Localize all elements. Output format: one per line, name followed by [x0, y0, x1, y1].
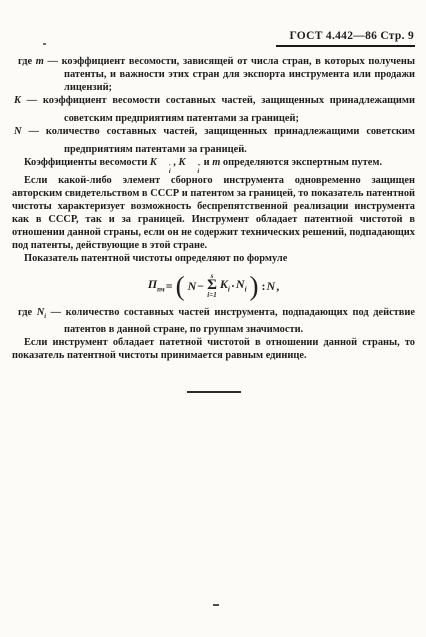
variable-k-dprime: K: [178, 157, 185, 168]
equals-sign: =: [166, 280, 173, 292]
definition-text: коэффициент весомости составных частей, …: [43, 95, 415, 124]
multiply-dot: ·: [231, 280, 235, 292]
variable-k-prime-scripts: ′i: [157, 164, 171, 174]
pi-subscript: пч: [157, 286, 165, 294]
text-run: и: [201, 157, 212, 168]
paragraph-ni-definition: где Ni — количество составных частей инс…: [12, 306, 415, 336]
section-divider: [187, 391, 241, 393]
definition-text: количество составных частей, защищенных …: [46, 126, 415, 155]
definition-text: количество составных частей инструмента,…: [64, 307, 415, 335]
division-colon: :: [262, 280, 266, 292]
formula-comma: ,: [276, 280, 279, 292]
definition-dash: —: [44, 56, 62, 67]
close-paren: ): [250, 273, 259, 300]
variable-k-sub: i: [228, 286, 230, 294]
body-text: где m — коэффициент весомости, зависящей…: [12, 55, 415, 393]
page-content: ГОСТ 4.442—86 Стр. 9 где m — коэффициент…: [0, 26, 426, 393]
definition-prefix: где: [18, 307, 37, 318]
definition-item-n2: N″i — количество составных частей, защищ…: [12, 125, 415, 156]
text-run: Коэффициенты весомости: [24, 157, 150, 168]
variable-n-sub: i: [245, 286, 247, 294]
scan-speck: [43, 43, 46, 45]
paragraph-coefficients: Коэффициенты весомости K′i , K″i и m опр…: [12, 156, 415, 174]
variable-m: m: [36, 56, 44, 67]
sum-symbol: sΣi=1: [207, 273, 217, 299]
formula-lhs: Ппч: [148, 278, 165, 293]
definition-dash: —: [22, 126, 46, 137]
term-k: Ki: [220, 278, 230, 293]
variable-k: K: [14, 95, 21, 106]
definition-prefix: где: [18, 56, 36, 67]
pi-symbol: П: [148, 277, 157, 291]
term-n: Ni: [236, 278, 247, 293]
document-page: ГОСТ 4.442—86 Стр. 9 где m — коэффициент…: [0, 0, 426, 637]
variable-n-total: N: [188, 280, 197, 292]
sum-lower-limit: i=1: [207, 292, 216, 299]
variable-n-divisor: N: [267, 280, 276, 292]
variable-k: K: [220, 277, 228, 291]
paragraph-formula-intro: Показатель патентной чистоты определяют …: [12, 252, 415, 265]
definition-item-m: где m — коэффициент весомости, зависящей…: [12, 55, 415, 94]
paragraph-unity: Если инструмент обладает патетной чистот…: [12, 336, 415, 362]
variable-k-dprime-scripts: ″i: [185, 164, 201, 174]
paragraph-element-protection: Если какой-либо элемент сборного инструм…: [12, 174, 415, 252]
minus-sign: −: [197, 280, 204, 292]
definition-dash: —: [21, 95, 43, 106]
variable-n: N: [14, 126, 22, 137]
definition-text: коэффициент весомости, зависящей от числ…: [62, 56, 415, 93]
definition-dash: —: [46, 307, 66, 318]
page-header: ГОСТ 4.442—86 Стр. 9: [12, 26, 415, 47]
header-standard-ref: ГОСТ 4.442—86 Стр. 9: [276, 30, 415, 47]
text-run: определяются экспертным путем.: [220, 157, 382, 168]
variable-k-prime: K: [150, 157, 157, 168]
patent-purity-formula: Ппч = ( N − sΣi=1 Ki · Ni ) : N ,: [12, 273, 415, 299]
variable-n: N: [236, 277, 245, 291]
scan-speck: [213, 604, 219, 606]
definition-item-k2: K″i — коэффициент весомости составных ча…: [12, 94, 415, 125]
open-paren: (: [176, 273, 185, 300]
